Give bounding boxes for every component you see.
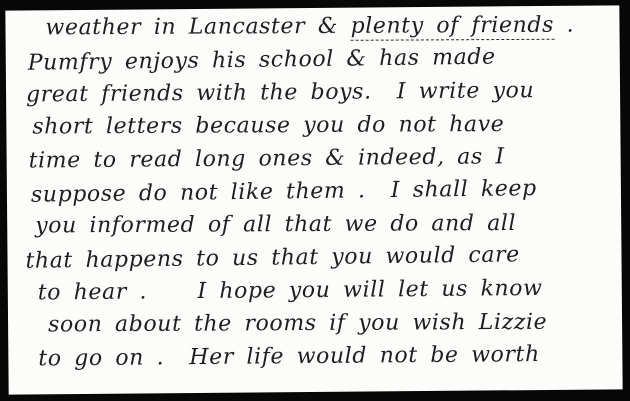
letter-body: weather in Lancaster & plenty of friends… xyxy=(5,7,622,394)
letter-text: . xyxy=(554,13,574,38)
letter-text: suppose do not like them . I shall keep xyxy=(31,176,537,208)
letter-text: great friends with the boys. I write you xyxy=(26,78,534,107)
letter-text: Pumfry enjoys his school & has made xyxy=(28,45,496,76)
letter-text: to hear . I hope you will let us know xyxy=(38,276,543,305)
letter-text: you informed of all that we do and all xyxy=(35,211,516,239)
letter-text: weather in Lancaster & xyxy=(45,14,350,41)
underlined-phrase: plenty of friends xyxy=(350,13,554,41)
letter-text: short letters because you do not have xyxy=(32,112,504,139)
letter-line: you informed of all that we do and all xyxy=(7,206,621,242)
letter-line: suppose do not like them . I shall keep xyxy=(7,171,621,212)
letter-line: to go on . Her life would not be worth xyxy=(8,337,622,375)
letter-text: that happens to us that you would care xyxy=(25,242,520,273)
letter-line: great friends with the boys. I write you xyxy=(6,73,620,111)
letter-line: short letters because you do not have xyxy=(6,107,620,143)
letter-text: time to read long ones & indeed, as I xyxy=(29,144,505,173)
scanned-letter-page: weather in Lancaster & plenty of friends… xyxy=(0,0,630,401)
letter-line: weather in Lancaster & plenty of friends… xyxy=(5,8,619,44)
letter-text: to go on . Her life would not be worth xyxy=(38,342,540,371)
letter-line: soon about the rooms if you wish Lizzie xyxy=(8,305,622,341)
letter-line: to hear . I hope you will let us know xyxy=(8,271,622,309)
letter-paper: weather in Lancaster & plenty of friends… xyxy=(5,5,622,394)
letter-text: soon about the rooms if you wish Lizzie xyxy=(48,310,547,338)
